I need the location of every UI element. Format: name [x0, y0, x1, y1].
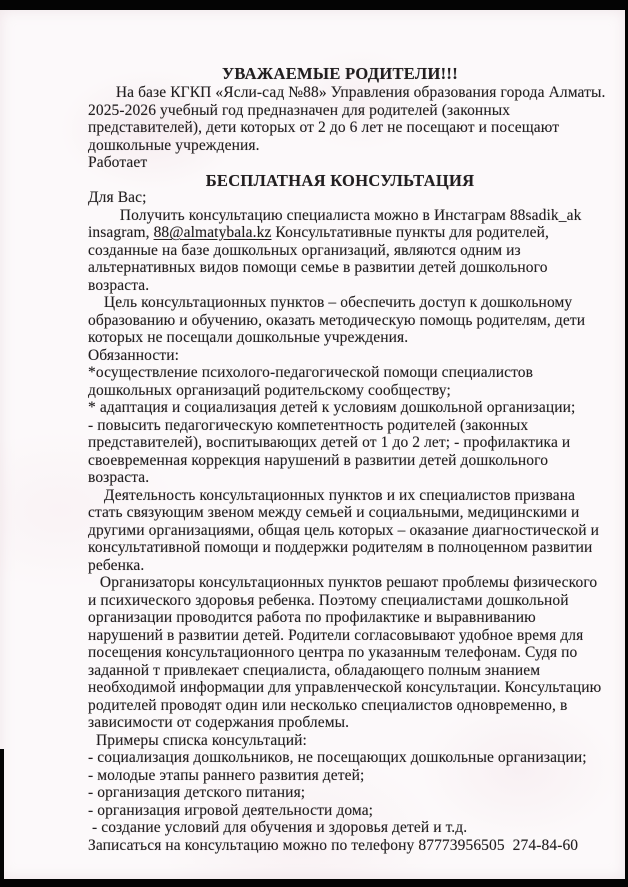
text-line: - социализация дошкольников, не посещающ…	[88, 749, 592, 767]
text-line: - создание условий для обучения и здоров…	[88, 819, 592, 837]
text-line: зависимости от содержания проблемы.	[88, 714, 592, 732]
text-line: необходимой информации для управленческо…	[88, 679, 592, 697]
text-line: возраста.	[88, 469, 592, 487]
text-line: Записаться на консультацию можно по теле…	[88, 837, 592, 855]
text-line: Для Вас;	[88, 189, 592, 207]
email-line-before: insagram,	[88, 224, 154, 241]
email-link: 88@almatybala.kz	[154, 224, 272, 241]
document-title: УВАЖАЕМЫЕ РОДИТЕЛИ!!!	[88, 64, 592, 84]
text-line: дошкольные учреждения.	[88, 137, 592, 155]
section-heading: БЕСПЛАТНАЯ КОНСУЛЬТАЦИЯ	[88, 172, 592, 190]
text-line: заданной т привлекает специалиста, облад…	[88, 662, 592, 680]
text-line: Примеры списка консультаций:	[88, 732, 592, 750]
text-line: - организация детского питания;	[88, 784, 592, 802]
text-line: *осуществление психолого-педагогической …	[88, 364, 592, 382]
text-line: представителей), воспитывающих детей от …	[88, 434, 592, 452]
text-line: которых не посещали дошкольные учреждени…	[88, 329, 592, 347]
text-line: представителей), дети которых от 2 до 6 …	[88, 119, 592, 137]
text-line: ребенка.	[88, 557, 592, 575]
text-line: Получить консультацию специалиста можно …	[88, 207, 592, 225]
text-line: консультативной помощи и поддержки родит…	[88, 539, 592, 557]
text-line: Работает	[88, 154, 592, 172]
text-line: своевременная коррекция нарушений в разв…	[88, 452, 592, 470]
text-line: - повысить педагогическую компетентность…	[88, 417, 592, 435]
text-line: нарушений в развитии детей. Родители сог…	[88, 627, 592, 645]
text-line: и психического здоровья ребенка. Поэтому…	[88, 592, 592, 610]
text-line: созданные на базе дошкольных организаций…	[88, 242, 592, 260]
text-line: На базе КГКП «Ясли-сад №88» Управления о…	[88, 84, 592, 102]
text-line-with-email: insagram, 88@almatybala.kz Консультативн…	[88, 224, 592, 242]
text-line: альтернативных видов помощи семье в разв…	[88, 259, 592, 277]
text-line: - организация игровой деятельности дома;	[88, 802, 592, 820]
scanned-document-page: УВАЖАЕМЫЕ РОДИТЕЛИ!!! На базе КГКП «Ясли…	[0, 10, 625, 879]
text-line: стать связующим звеном между семьей и со…	[88, 504, 592, 522]
text-line: Деятельность консультационных пунктов и …	[88, 487, 592, 505]
text-line: Цель консультационных пунктов – обеспечи…	[88, 294, 592, 312]
text-line: Обязанности:	[88, 347, 592, 365]
text-line: посещения консультационного центра по ук…	[88, 644, 592, 662]
text-line: - молодые этапы раннего развития детей;	[88, 767, 592, 785]
text-line: дошкольных организаций родительскому соо…	[88, 382, 592, 400]
text-line: образованию и обучению, оказать методиче…	[88, 312, 592, 330]
text-line: * адаптация и социализация детей к услов…	[88, 399, 592, 417]
text-line: 2025-2026 учебный год предназначен для р…	[88, 102, 592, 120]
email-line-after: Консультативные пункты для родителей,	[271, 224, 549, 241]
text-line: возраста.	[88, 277, 592, 295]
text-line: другими организациями, общая цель которы…	[88, 522, 592, 540]
text-line: Организаторы консультационных пунктов ре…	[88, 574, 592, 592]
text-line: родителей проводят один или несколько сп…	[88, 697, 592, 715]
document-body: УВАЖАЕМЫЕ РОДИТЕЛИ!!! На базе КГКП «Ясли…	[88, 64, 592, 854]
scan-frame: УВАЖАЕМЫЕ РОДИТЕЛИ!!! На базе КГКП «Ясли…	[0, 0, 628, 887]
text-line: организации проводится работа по профила…	[88, 609, 592, 627]
